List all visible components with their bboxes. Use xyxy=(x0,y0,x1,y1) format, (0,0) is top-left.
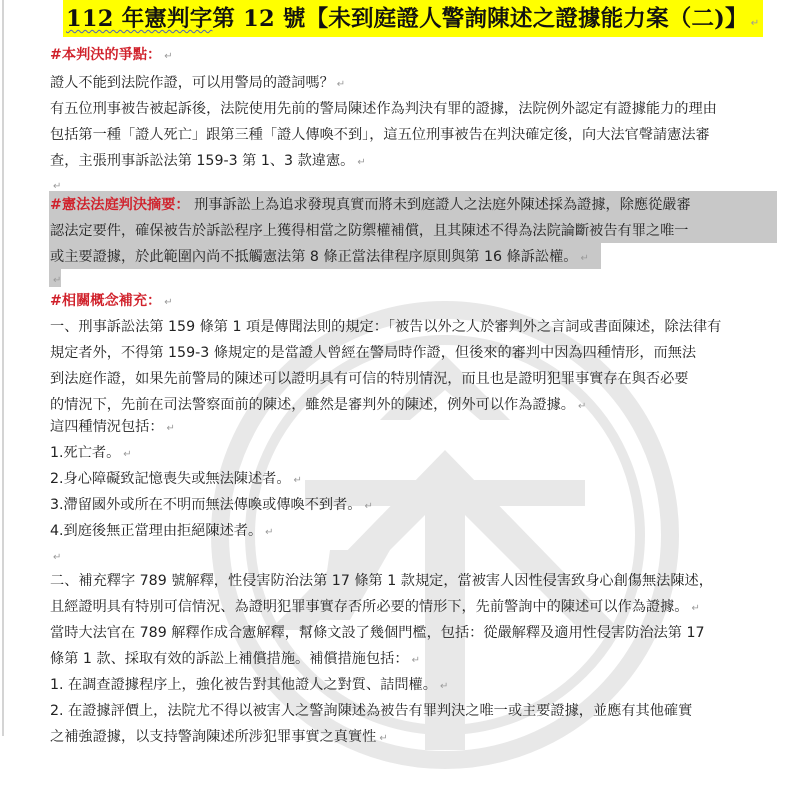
concepts-part2-line-2: 且經證明具有特別可信情況、為證明犯罪事實存否所必要的情形下，先前警詢中的陳述可以… xyxy=(50,594,700,622)
concepts-part2-line-4: 條第 1 款、採取有效的訴訟上補償措施。補償措施包括：↵ xyxy=(50,646,420,674)
summary-line-1: #憲法法庭判決摘要： 刑事訴訟上為追求發現真實而將未到庭證人之法庭外陳述採為證據… xyxy=(50,192,691,218)
situation-item-1: 1.死亡者。↵ xyxy=(50,440,132,468)
summary-line-2: 認法定要件，確保被告於訴訟程序上獲得相當之防禦權補償，且其陳述不得為法院論斷被告… xyxy=(50,218,688,244)
summary-line-3: 或主要證據，於此範圍內尚不抵觸憲法第 8 條正當法律程序原則與第 16 條訴訟權… xyxy=(50,244,589,272)
measure-item-2: 2. 在證據評價上，法院尤不得以被害人之警詢陳述為被告有罪判決之唯一或主要證據，… xyxy=(50,698,692,724)
concepts-heading: #相關概念補充： xyxy=(50,293,161,309)
title-rest: 第 12 號【未到庭證人警詢陳述之證據能力案（二)】 xyxy=(212,6,747,32)
issue-heading: #本判決的爭點： xyxy=(50,47,161,63)
issue-line-2: 有五位刑事被告被起訴後，法院使用先前的警局陳述作為判決有罪的證據，法院例外認定有… xyxy=(50,96,717,122)
issue-line-1: 證人不能到法院作證，可以用警局的證詞嗎？↵ xyxy=(50,70,345,98)
concepts-part1-line-2: 規定者外，不得第 159-3 條規定的是當證人曾經在警局時作證，但後來的審判中因… xyxy=(50,340,696,366)
concepts-part1-line-1: 一、刑事訴訟法第 159 條第 1 項是傳聞法則的規定：「被告以外之人於審判外之… xyxy=(50,314,721,340)
situation-item-3: 3.滯留國外或所在不明而無法傳喚或傳喚不到者。↵ xyxy=(50,492,373,520)
empty-paragraph: ↵ xyxy=(50,543,61,571)
page-title: 112 年憲判字第 12 號【未到庭證人警詢陳述之證據能力案（二)】↵ xyxy=(66,3,759,40)
measure-item-1: 1. 在調查證據程序上，強化被告對其他證人之對質、詰問權。↵ xyxy=(50,672,448,700)
concepts-part2-line-1: 二、補充釋字 789 號解釋，性侵害防治法第 17 條第 1 款規定，當被害人因… xyxy=(50,568,713,594)
measure-item-2-cont: 之補強證據，以支持警詢陳述所涉犯罪事實之真實性↵ xyxy=(50,724,388,752)
title-prefix: 112 年憲判字 xyxy=(66,6,212,32)
issue-heading-line: #本判決的爭點：↵ xyxy=(50,42,173,70)
issue-line-3: 包括第一種「證人死亡」跟第三種「證人傳喚不到」，這五位刑事被告在判決確定後，向大… xyxy=(50,122,710,148)
page-left-border xyxy=(2,0,4,736)
issue-line-4: 查，主張刑事訴訟法第 159-3 第 1、3 款違憲。↵ xyxy=(50,148,366,176)
paragraph-mark: ↵ xyxy=(751,18,760,29)
situation-item-2: 2.身心障礙致記憶喪失或無法陳述者。↵ xyxy=(50,466,302,494)
summary-heading: #憲法法庭判決摘要： xyxy=(50,197,190,213)
concepts-part1-line-3: 到法庭作證，如果先前警局的陳述可以證明具有可信的特別情況，而且也是證明犯罪事實存… xyxy=(50,366,688,392)
concepts-part2-line-3: 當時大法官在 789 解釋作成合憲解釋，幫條文設了幾個門檻，包括：從嚴解釋及適用… xyxy=(50,620,705,646)
four-situations-intro: 這四種情況包括：↵ xyxy=(50,414,175,442)
situation-item-4: 4.到庭後無正當理由拒絕陳述者。↵ xyxy=(50,518,274,546)
concepts-heading-line: #相關概念補充：↵ xyxy=(50,288,173,316)
